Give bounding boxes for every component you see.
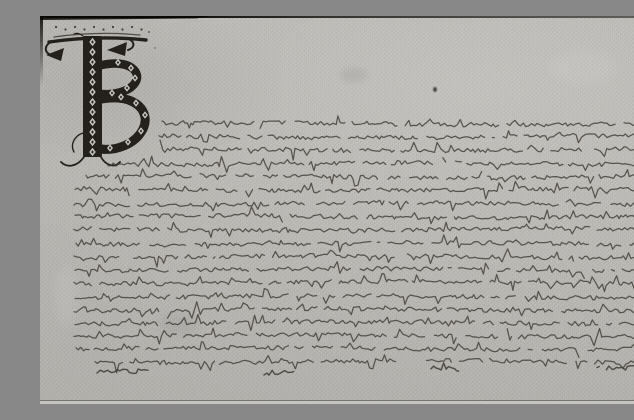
script-line — [159, 131, 634, 143]
script-line — [75, 262, 634, 279]
script-line — [74, 328, 634, 345]
closing-mark — [431, 363, 459, 371]
paper-bottom-highlight — [40, 401, 634, 404]
script-line — [160, 140, 634, 160]
script-line — [74, 199, 634, 214]
script-line — [75, 207, 634, 224]
handwritten-script-lines — [40, 16, 634, 404]
script-line — [75, 289, 634, 305]
script-line — [108, 156, 634, 172]
script-line — [76, 235, 634, 252]
script-line — [74, 274, 634, 292]
script-line — [74, 249, 634, 267]
script-line — [95, 355, 634, 373]
manuscript-photo: В Black-and-white reproduction of a hand… — [40, 16, 634, 404]
script-line — [74, 222, 634, 237]
closing-mark — [597, 366, 634, 371]
script-line — [162, 116, 634, 128]
closing-mark — [97, 369, 148, 373]
script-line — [75, 315, 634, 331]
script-line — [74, 302, 634, 318]
closing-mark — [264, 370, 294, 375]
